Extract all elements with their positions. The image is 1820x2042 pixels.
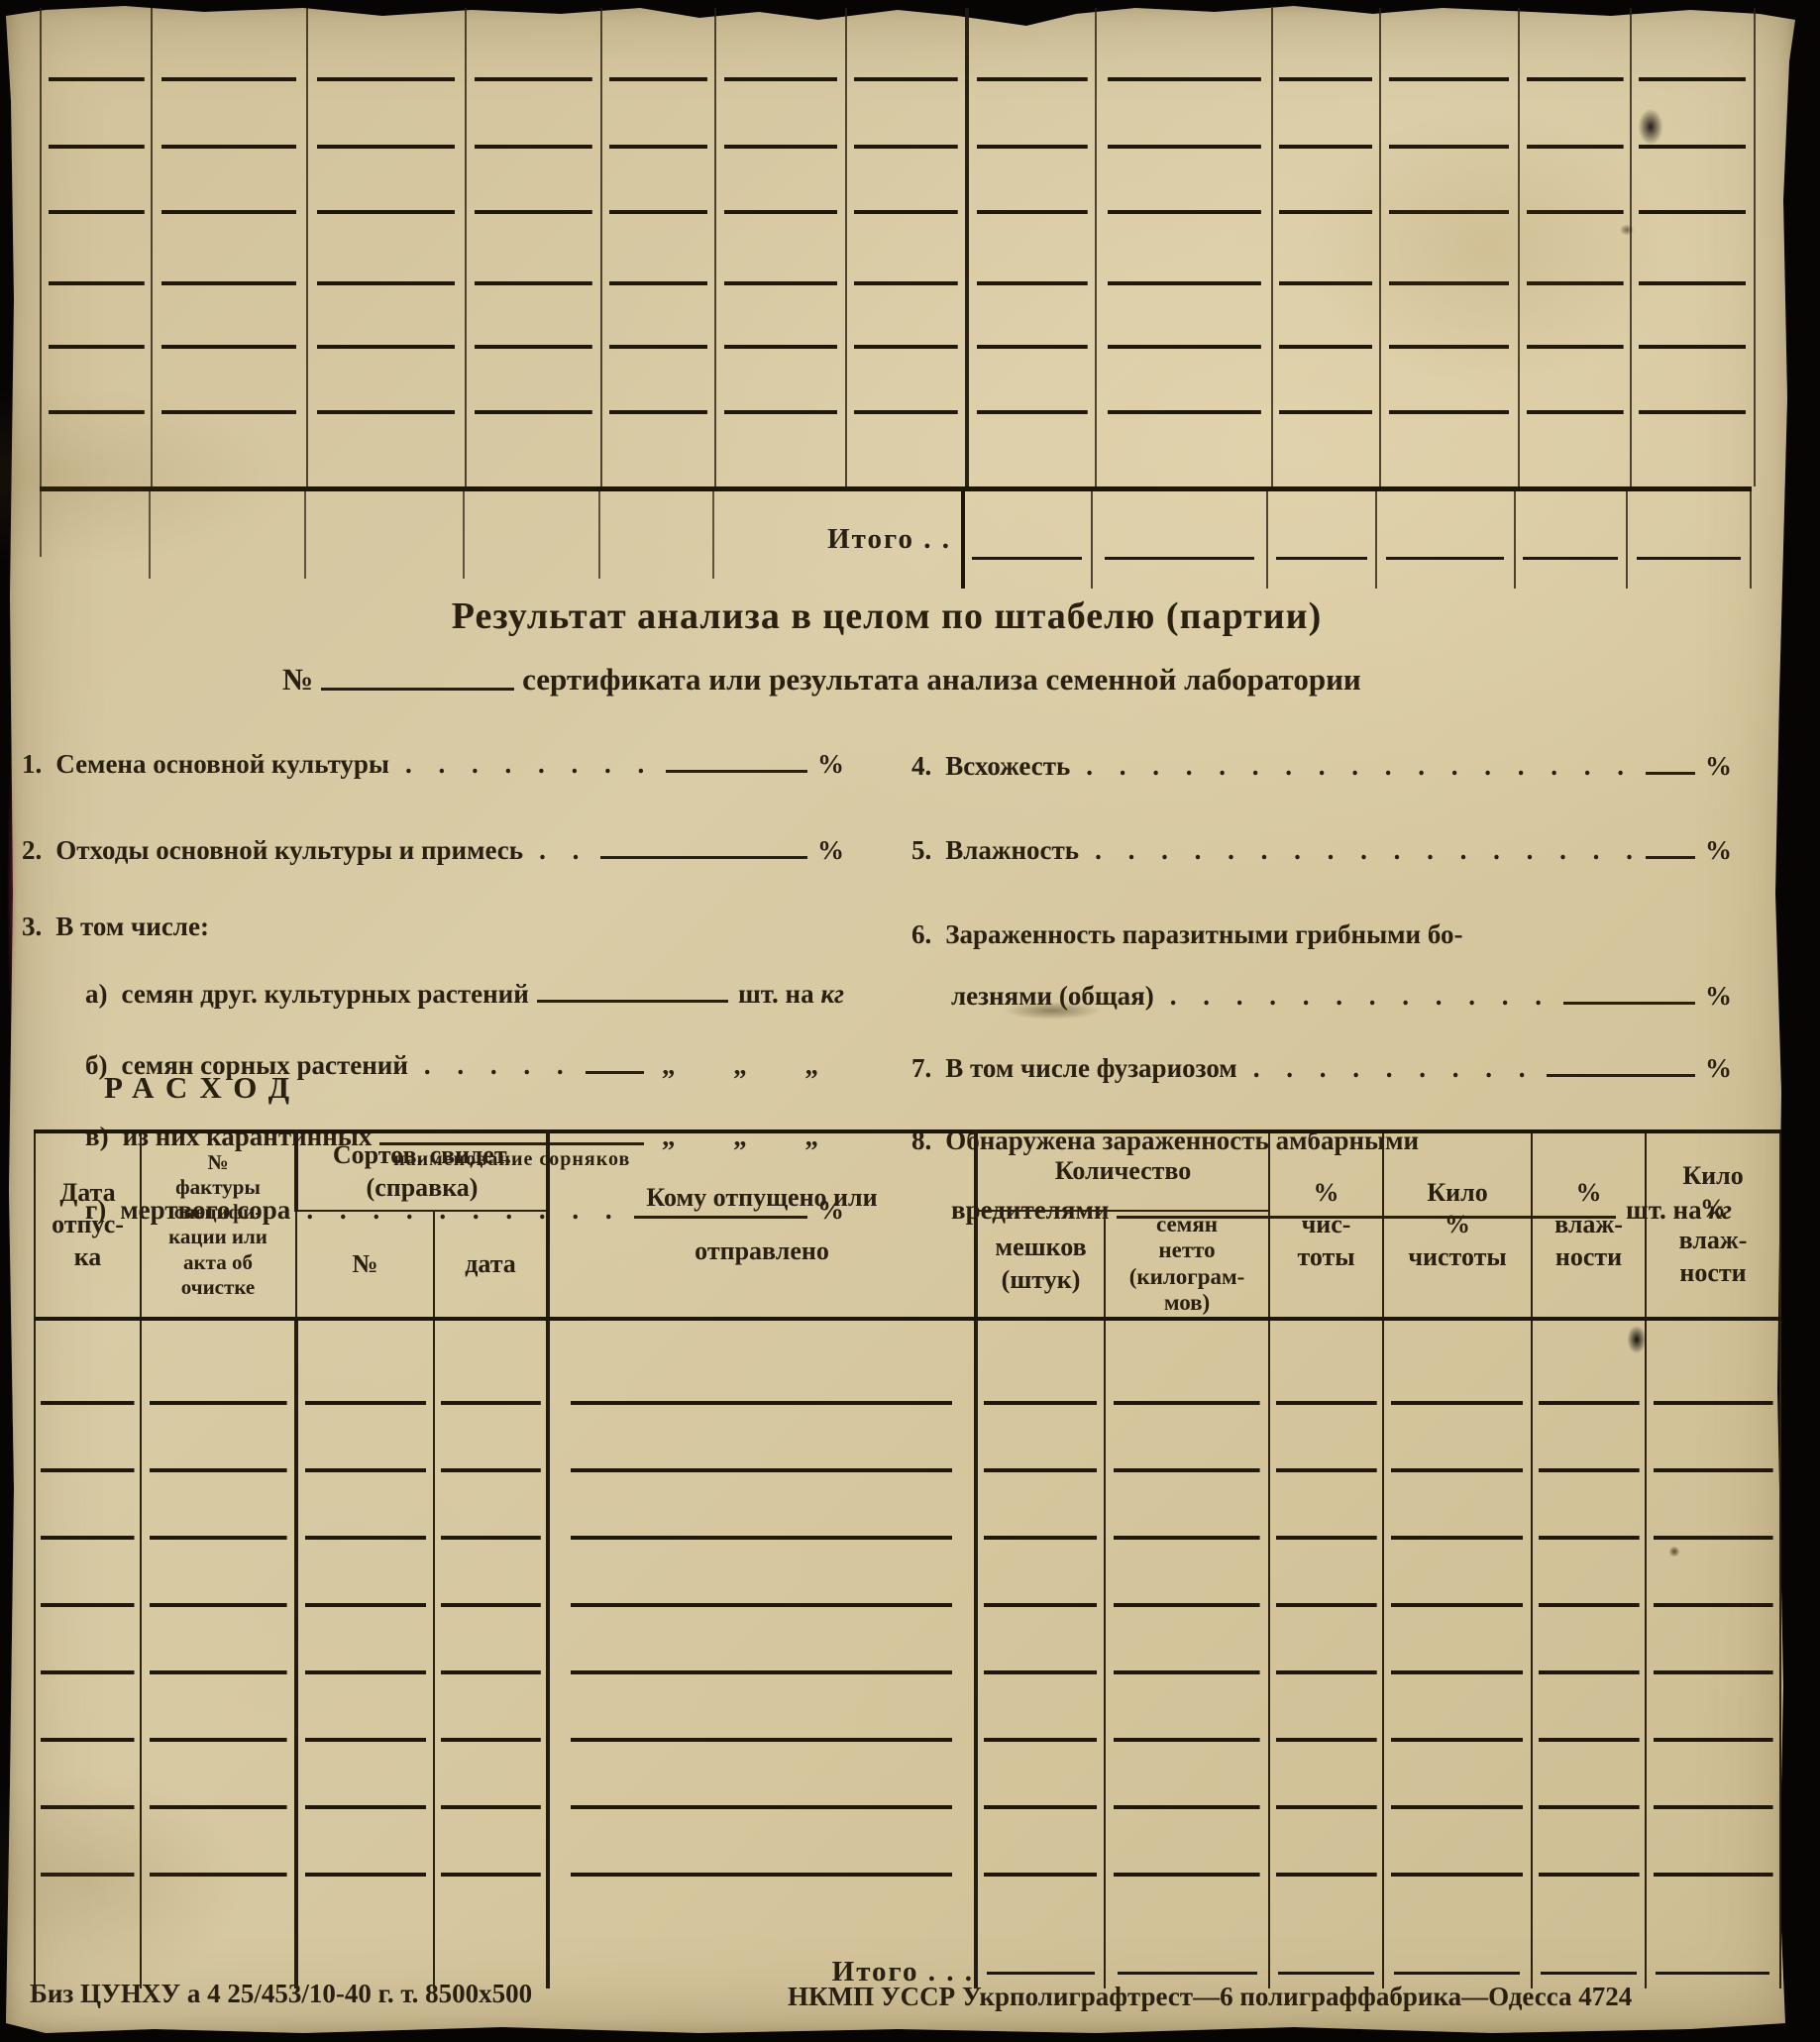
expense-grid-cell (1105, 1541, 1269, 1608)
ledger-grid-cell (1518, 150, 1630, 215)
ledger-grid-cell (42, 82, 151, 150)
item-label: В том числе: (55, 912, 209, 942)
col-header-purity-pct: % чис- тоты (1269, 1131, 1383, 1319)
ledger-grid-cell (465, 8, 600, 82)
ledger-grid-cell (1271, 215, 1379, 286)
ledger-grid-cell (42, 150, 151, 215)
expense-grid-cell (1269, 1810, 1383, 1878)
col-header-recipient: Кому отпущено или отправлено (548, 1131, 976, 1319)
ledger-grid-cell (1518, 82, 1630, 150)
expense-grid-cell (976, 1675, 1105, 1743)
ledger-grid-cell (1518, 286, 1630, 350)
ledger-grid-cell (845, 350, 965, 415)
ledger-grid-cell (1630, 415, 1754, 486)
expense-empty-row (35, 1541, 1780, 1608)
ledger-grid-cell (845, 215, 965, 286)
col-header-invoice: № фактуры специфи- кации или акта об очи… (141, 1131, 296, 1319)
expense-grid-cell (1269, 1675, 1383, 1743)
dot-leader: . . (539, 835, 589, 866)
dot-leader: . . . . . . . . (405, 749, 654, 780)
unit-label: % (817, 835, 844, 866)
total-blank-cell (1646, 1878, 1780, 1988)
expense-grid-cell (35, 1473, 141, 1541)
expense-empty-row (35, 1743, 1780, 1810)
grid-line (40, 491, 42, 557)
ledger-grid-cell (1630, 286, 1754, 350)
ledger-grid-cell (42, 215, 151, 286)
expense-grid-cell (1532, 1675, 1646, 1743)
expense-grid-cell (296, 1319, 434, 1406)
ledger-grid-cell (306, 82, 465, 150)
dot-leader: . . . . . . . . . (1253, 1053, 1536, 1084)
expense-empty-row (35, 1319, 1780, 1406)
item-label: В том числе фузариозом (945, 1053, 1236, 1084)
item-label: Отходы основной культуры и примесь (55, 835, 523, 866)
expense-grid-cell (296, 1608, 434, 1675)
item-number: 3. (22, 912, 42, 942)
ledger-grid-cell (42, 8, 151, 82)
grid-line (149, 491, 151, 579)
expense-grid-cell (434, 1319, 548, 1406)
expense-grid-cell (548, 1810, 976, 1878)
ledger-grid-cell (845, 82, 965, 150)
ledger-grid-cell (1271, 286, 1379, 350)
ledger-grid-cell (1095, 350, 1271, 415)
dot-leader: . . . . . . . . . . . . . . . . . (1095, 835, 1634, 866)
analysis-item-7: 7. В том числе фузариозом . . . . . . . … (911, 1040, 1732, 1084)
expense-grid-cell (141, 1810, 296, 1878)
ledger-grid-cell (1518, 415, 1630, 486)
col-header-moisture-kilo: Кило % влаж- ности (1646, 1131, 1780, 1319)
ledger-grid-cell (1095, 286, 1271, 350)
blank-line (1646, 772, 1695, 775)
ditto-marks: „ „ „ (662, 1050, 844, 1081)
expense-grid-cell (1532, 1541, 1646, 1608)
total-blank-cell (1269, 1878, 1383, 1988)
ledger-grid-cell (600, 215, 714, 286)
ledger-grid-cell (714, 415, 845, 486)
expense-grid-cell (1646, 1319, 1780, 1406)
expense-grid-cell (296, 1675, 434, 1743)
expense-grid-cell (1105, 1675, 1269, 1743)
expense-grid-cell (35, 1406, 141, 1473)
col-header-cert-no: № (296, 1211, 434, 1319)
expense-grid-cell (1646, 1406, 1780, 1473)
expense-grid-cell (1269, 1743, 1383, 1810)
certificate-no-sign: № (282, 662, 313, 698)
ledger-grid-cell (1379, 82, 1518, 150)
expense-grid-cell (1532, 1473, 1646, 1541)
dot-leader: . . . . . (424, 1050, 574, 1081)
expense-total-row: Итого . . . (35, 1878, 1780, 1988)
expense-grid-cell (434, 1675, 548, 1743)
expense-grid-cell (976, 1608, 1105, 1675)
item-label: Всхожесть (945, 751, 1070, 782)
ledger-grid-cell (1379, 415, 1518, 486)
col-header-qty-group: Количество (976, 1131, 1269, 1211)
expense-grid-cell (35, 1608, 141, 1675)
expense-grid-cell (1532, 1810, 1646, 1878)
expense-grid-cell (141, 1743, 296, 1810)
col-header-qty-net: семян нетто (килограм- мов) (1105, 1211, 1269, 1319)
ledger-grid-cell (600, 8, 714, 82)
ledger-grid-cell (1630, 150, 1754, 215)
ledger-grid-cell (1271, 350, 1379, 415)
ledger-grid-cell (465, 286, 600, 350)
total-blank-cell (1514, 491, 1626, 589)
ledger-grid-cell (465, 82, 600, 150)
expense-grid-cell (1383, 1608, 1532, 1675)
expense-grid-cell (1383, 1541, 1532, 1608)
expense-empty-row (35, 1608, 1780, 1675)
ledger-grid-cell (465, 415, 600, 486)
expense-grid-cell (548, 1406, 976, 1473)
expense-grid-cell (1532, 1319, 1646, 1406)
expense-grid-cell (434, 1541, 548, 1608)
expense-grid-cell (35, 1319, 141, 1406)
expense-empty-row (35, 1473, 1780, 1541)
unit-label: % (1705, 1053, 1732, 1084)
ledger-grid-cell (1095, 150, 1271, 215)
ledger-grid-cell (845, 150, 965, 215)
ledger-grid-cell (151, 82, 306, 150)
expense-grid-cell (976, 1743, 1105, 1810)
ledger-grid-cell (306, 215, 465, 286)
ledger-grid-cell (465, 350, 600, 415)
ledger-grid-cell (1271, 8, 1379, 82)
blank-line (1563, 1002, 1695, 1005)
ledger-grid-cell (1271, 82, 1379, 150)
ledger-grid-cell (965, 286, 1095, 350)
expense-grid-cell (1532, 1406, 1646, 1473)
total-blank-cell (1383, 1878, 1532, 1988)
top-total-cells (963, 491, 1752, 589)
expense-grid-cell (1646, 1608, 1780, 1675)
ledger-grid-cell (845, 8, 965, 82)
expense-grid-cell (434, 1810, 548, 1878)
expense-table: Дата отпус- ка № фактуры специфи- кации … (34, 1129, 1781, 1988)
scanned-form-page: Итого . . Результат анализа в целом по ш… (0, 0, 1820, 2042)
ledger-grid-cell (714, 215, 845, 286)
expense-grid-cell (1646, 1675, 1780, 1743)
ledger-grid-cell (600, 82, 714, 150)
total-blank-cell (1266, 491, 1374, 589)
expense-grid-cell (1269, 1319, 1383, 1406)
expense-grid-cell (548, 1541, 976, 1608)
item-number: 7. (911, 1053, 931, 1084)
ledger-grid-cell (151, 350, 306, 415)
ledger-grid-cell (1271, 415, 1379, 486)
ledger-grid-cell (306, 350, 465, 415)
ledger-grid-cell (714, 286, 845, 350)
total-blank-cell (1532, 1878, 1646, 1988)
ledger-grid-cell (465, 215, 600, 286)
ledger-grid-cell (714, 350, 845, 415)
expense-grid-cell (141, 1675, 296, 1743)
analysis-item-1: 1. Семена основной культуры . . . . . . … (22, 736, 844, 780)
ledger-grid-cell (151, 215, 306, 286)
unit-label: % (817, 749, 844, 780)
expense-grid-cell (1383, 1319, 1532, 1406)
item-number: 6. (911, 919, 931, 950)
item-number: 5. (911, 835, 931, 866)
ledger-grid-cell (1379, 286, 1518, 350)
expense-grid-cell (1105, 1608, 1269, 1675)
expense-grid-cell (296, 1406, 434, 1473)
ledger-grid-cell (1095, 415, 1271, 486)
expense-grid-cell (434, 1743, 548, 1810)
expense-grid-cell (1383, 1406, 1532, 1473)
grid-line (304, 491, 306, 579)
ledger-grid-cell (1630, 8, 1754, 82)
ledger-grid-cell (306, 286, 465, 350)
expense-empty-row (35, 1406, 1780, 1473)
top-ledger-grid (40, 8, 1756, 486)
expense-grid-cell (434, 1406, 548, 1473)
total-blank-cell (976, 1878, 1105, 1988)
expense-grid-cell (141, 1541, 296, 1608)
blank-line (1547, 1074, 1695, 1077)
col-header-cert-date: дата (434, 1211, 548, 1319)
ledger-grid-cell (600, 415, 714, 486)
col-header-moisture-pct: % влаж- ности (1532, 1131, 1646, 1319)
expense-grid-cell (296, 1541, 434, 1608)
total-blank-cell (1375, 491, 1514, 589)
blank-line (1646, 856, 1695, 859)
ledger-grid-cell (1518, 215, 1630, 286)
dot-leader: . . . . . . . . . . . . (1170, 981, 1552, 1012)
expense-grid-cell (141, 1473, 296, 1541)
ledger-grid-cell (151, 8, 306, 82)
blank-cell (35, 1878, 141, 1988)
expense-grid-cell (976, 1406, 1105, 1473)
blank-line (537, 1000, 728, 1003)
ledger-grid-cell (42, 350, 151, 415)
ledger-grid-cell (965, 8, 1095, 82)
expense-grid-cell (976, 1541, 1105, 1608)
ledger-grid-cell (151, 415, 306, 486)
ledger-grid-cell (1630, 215, 1754, 286)
analysis-item-2: 2. Отходы основной культуры и примесь . … (22, 822, 844, 866)
item-label: Зараженность паразитными грибными бо- (945, 919, 1462, 950)
unit-label: % (1705, 981, 1732, 1012)
print-imprint-left: Биз ЦУНХУ а 4 25/453/10-40 г. т. 8500х50… (30, 1979, 532, 2009)
total-blank-cell (1626, 491, 1752, 589)
certificate-number-blank (321, 688, 514, 691)
top-total-label: Итого . . (674, 523, 951, 556)
ledger-grid-cell (965, 82, 1095, 150)
ledger-grid-cell (1379, 8, 1518, 82)
ledger-grid-cell (306, 415, 465, 486)
analysis-item-3: 3. В том числе: (22, 899, 844, 942)
item-number: 4. (911, 751, 931, 782)
ledger-grid-cell (845, 286, 965, 350)
expense-grid-cell (1269, 1541, 1383, 1608)
ledger-grid-cell (1518, 8, 1630, 82)
analysis-section-title: Результат анализа в целом по штабелю (па… (0, 594, 1773, 638)
expense-grid-cell (1105, 1319, 1269, 1406)
blank-line (666, 770, 807, 773)
analysis-item-6: 6. Зараженность паразитными грибными бо- (911, 907, 1732, 950)
ledger-grid-cell (151, 286, 306, 350)
col-header-purity-kilo: Кило % чистоты (1383, 1131, 1532, 1319)
ledger-grid-cell (965, 215, 1095, 286)
expense-grid-cell (35, 1810, 141, 1878)
expense-grid-cell (1646, 1541, 1780, 1608)
expense-grid-cell (548, 1608, 976, 1675)
dot-leader: . . . . . . . . . . . . . . . . . (1086, 751, 1634, 782)
expense-grid-cell (1383, 1675, 1532, 1743)
expense-grid-cell (976, 1473, 1105, 1541)
ledger-grid-cell (714, 150, 845, 215)
expense-grid-cell (548, 1319, 976, 1406)
unit-label: % (1705, 751, 1732, 782)
analysis-item-5: 5. Влажность . . . . . . . . . . . . . .… (911, 822, 1732, 866)
ledger-grid-cell (306, 150, 465, 215)
expense-grid-cell (141, 1319, 296, 1406)
expense-grid-cell (1646, 1743, 1780, 1810)
ledger-grid-cell (965, 350, 1095, 415)
expense-grid-cell (1646, 1473, 1780, 1541)
expense-grid-cell (548, 1473, 976, 1541)
expense-grid-cell (141, 1406, 296, 1473)
ledger-grid-cell (1095, 82, 1271, 150)
ledger-grid-cell (600, 150, 714, 215)
expense-empty-row (35, 1675, 1780, 1743)
ledger-grid-cell (42, 415, 151, 486)
expense-section-title: РАСХОД (104, 1070, 302, 1106)
ledger-grid-cell (600, 286, 714, 350)
expense-grid-cell (296, 1810, 434, 1878)
certificate-line-text: сертификата или результата анализа семен… (522, 662, 1361, 698)
ledger-grid-cell (1095, 8, 1271, 82)
ledger-grid-cell (1630, 350, 1754, 415)
analysis-item-4: 4. Всхожесть . . . . . . . . . . . . . .… (911, 738, 1732, 782)
expense-grid-cell (35, 1675, 141, 1743)
ledger-grid-cell (151, 150, 306, 215)
expense-grid-cell (548, 1675, 976, 1743)
total-blank-cell (1105, 1878, 1269, 1988)
print-imprint-right: НКМП УССР Укрполиграфтрест—6 полиграффаб… (788, 1982, 1632, 2012)
ledger-grid-cell (965, 415, 1095, 486)
item-label: Семена основной культуры (55, 749, 389, 780)
analysis-item-6-line2: лезнями (общая) . . . . . . . . . . . . … (911, 968, 1732, 1012)
expense-grid-cell (1383, 1743, 1532, 1810)
expense-grid-cell (35, 1541, 141, 1608)
expense-grid-cell (976, 1810, 1105, 1878)
ledger-grid-cell (714, 8, 845, 82)
expense-grid-cell (976, 1319, 1105, 1406)
item-number: 1. (22, 749, 42, 780)
unit-label: % (1705, 835, 1732, 866)
certificate-number-line: № сертификата или результата анализа сем… (282, 662, 1361, 698)
expense-grid-cell (1383, 1473, 1532, 1541)
expense-grid-cell (1269, 1406, 1383, 1473)
expense-grid-cell (141, 1608, 296, 1675)
grid-line (463, 491, 465, 579)
ledger-grid-cell (42, 286, 151, 350)
blank-cell (296, 1878, 434, 1988)
ledger-grid-cell (1379, 350, 1518, 415)
expense-grid-cell (296, 1743, 434, 1810)
blank-line (586, 1071, 644, 1074)
item-number: а) (85, 979, 108, 1010)
blank-line (600, 856, 807, 859)
ledger-grid-cell (465, 150, 600, 215)
ledger-grid-cell (845, 415, 965, 486)
item-label: лезнями (общая) (951, 981, 1154, 1012)
expense-grid-cell (1269, 1608, 1383, 1675)
total-blank-cell (1091, 491, 1266, 589)
expense-total-label: Итого . . . (548, 1878, 976, 1988)
ledger-grid-cell (306, 8, 465, 82)
col-header-qty-bags: мешков (штук) (976, 1211, 1105, 1319)
col-header-cert-group: Сортов. свидет. (справка) (296, 1131, 548, 1211)
expense-grid-cell (434, 1608, 548, 1675)
blank-cell (434, 1878, 548, 1988)
ledger-grid-cell (1271, 150, 1379, 215)
expense-grid-cell (1532, 1743, 1646, 1810)
ledger-grid-cell (600, 350, 714, 415)
expense-grid-cell (296, 1473, 434, 1541)
item-label: Влажность (945, 835, 1079, 866)
expense-grid-cell (35, 1743, 141, 1810)
expense-grid-cell (1646, 1810, 1780, 1878)
expense-grid-cell (1105, 1473, 1269, 1541)
ledger-grid-cell (1095, 215, 1271, 286)
blank-cell (141, 1878, 296, 1988)
expense-grid-cell (1105, 1810, 1269, 1878)
grid-line (598, 491, 600, 579)
analysis-item-3a: а) семян друг. культурных растений шт. н… (22, 966, 844, 1010)
col-header-date: Дата отпус- ка (35, 1131, 141, 1319)
ledger-grid-cell (1518, 350, 1630, 415)
top-table-total-row: Итого . . (40, 491, 1752, 589)
ledger-grid-cell (714, 82, 845, 150)
expense-grid-cell (548, 1743, 976, 1810)
unit-label: шт. на кг (738, 979, 844, 1010)
expense-grid-cell (1383, 1810, 1532, 1878)
ledger-grid-cell (1379, 215, 1518, 286)
expense-grid-cell (434, 1473, 548, 1541)
item-number: 2. (22, 835, 42, 866)
ledger-grid-cell (1630, 82, 1754, 150)
expense-empty-row (35, 1810, 1780, 1878)
expense-grid-cell (1105, 1743, 1269, 1810)
total-blank-cell (963, 491, 1091, 589)
ledger-grid-cell (1379, 150, 1518, 215)
expense-grid-cell (1105, 1406, 1269, 1473)
item-label: семян друг. культурных растений (122, 979, 529, 1010)
ledger-grid-cell (965, 150, 1095, 215)
expense-grid-cell (1532, 1608, 1646, 1675)
expense-grid-cell (1269, 1473, 1383, 1541)
